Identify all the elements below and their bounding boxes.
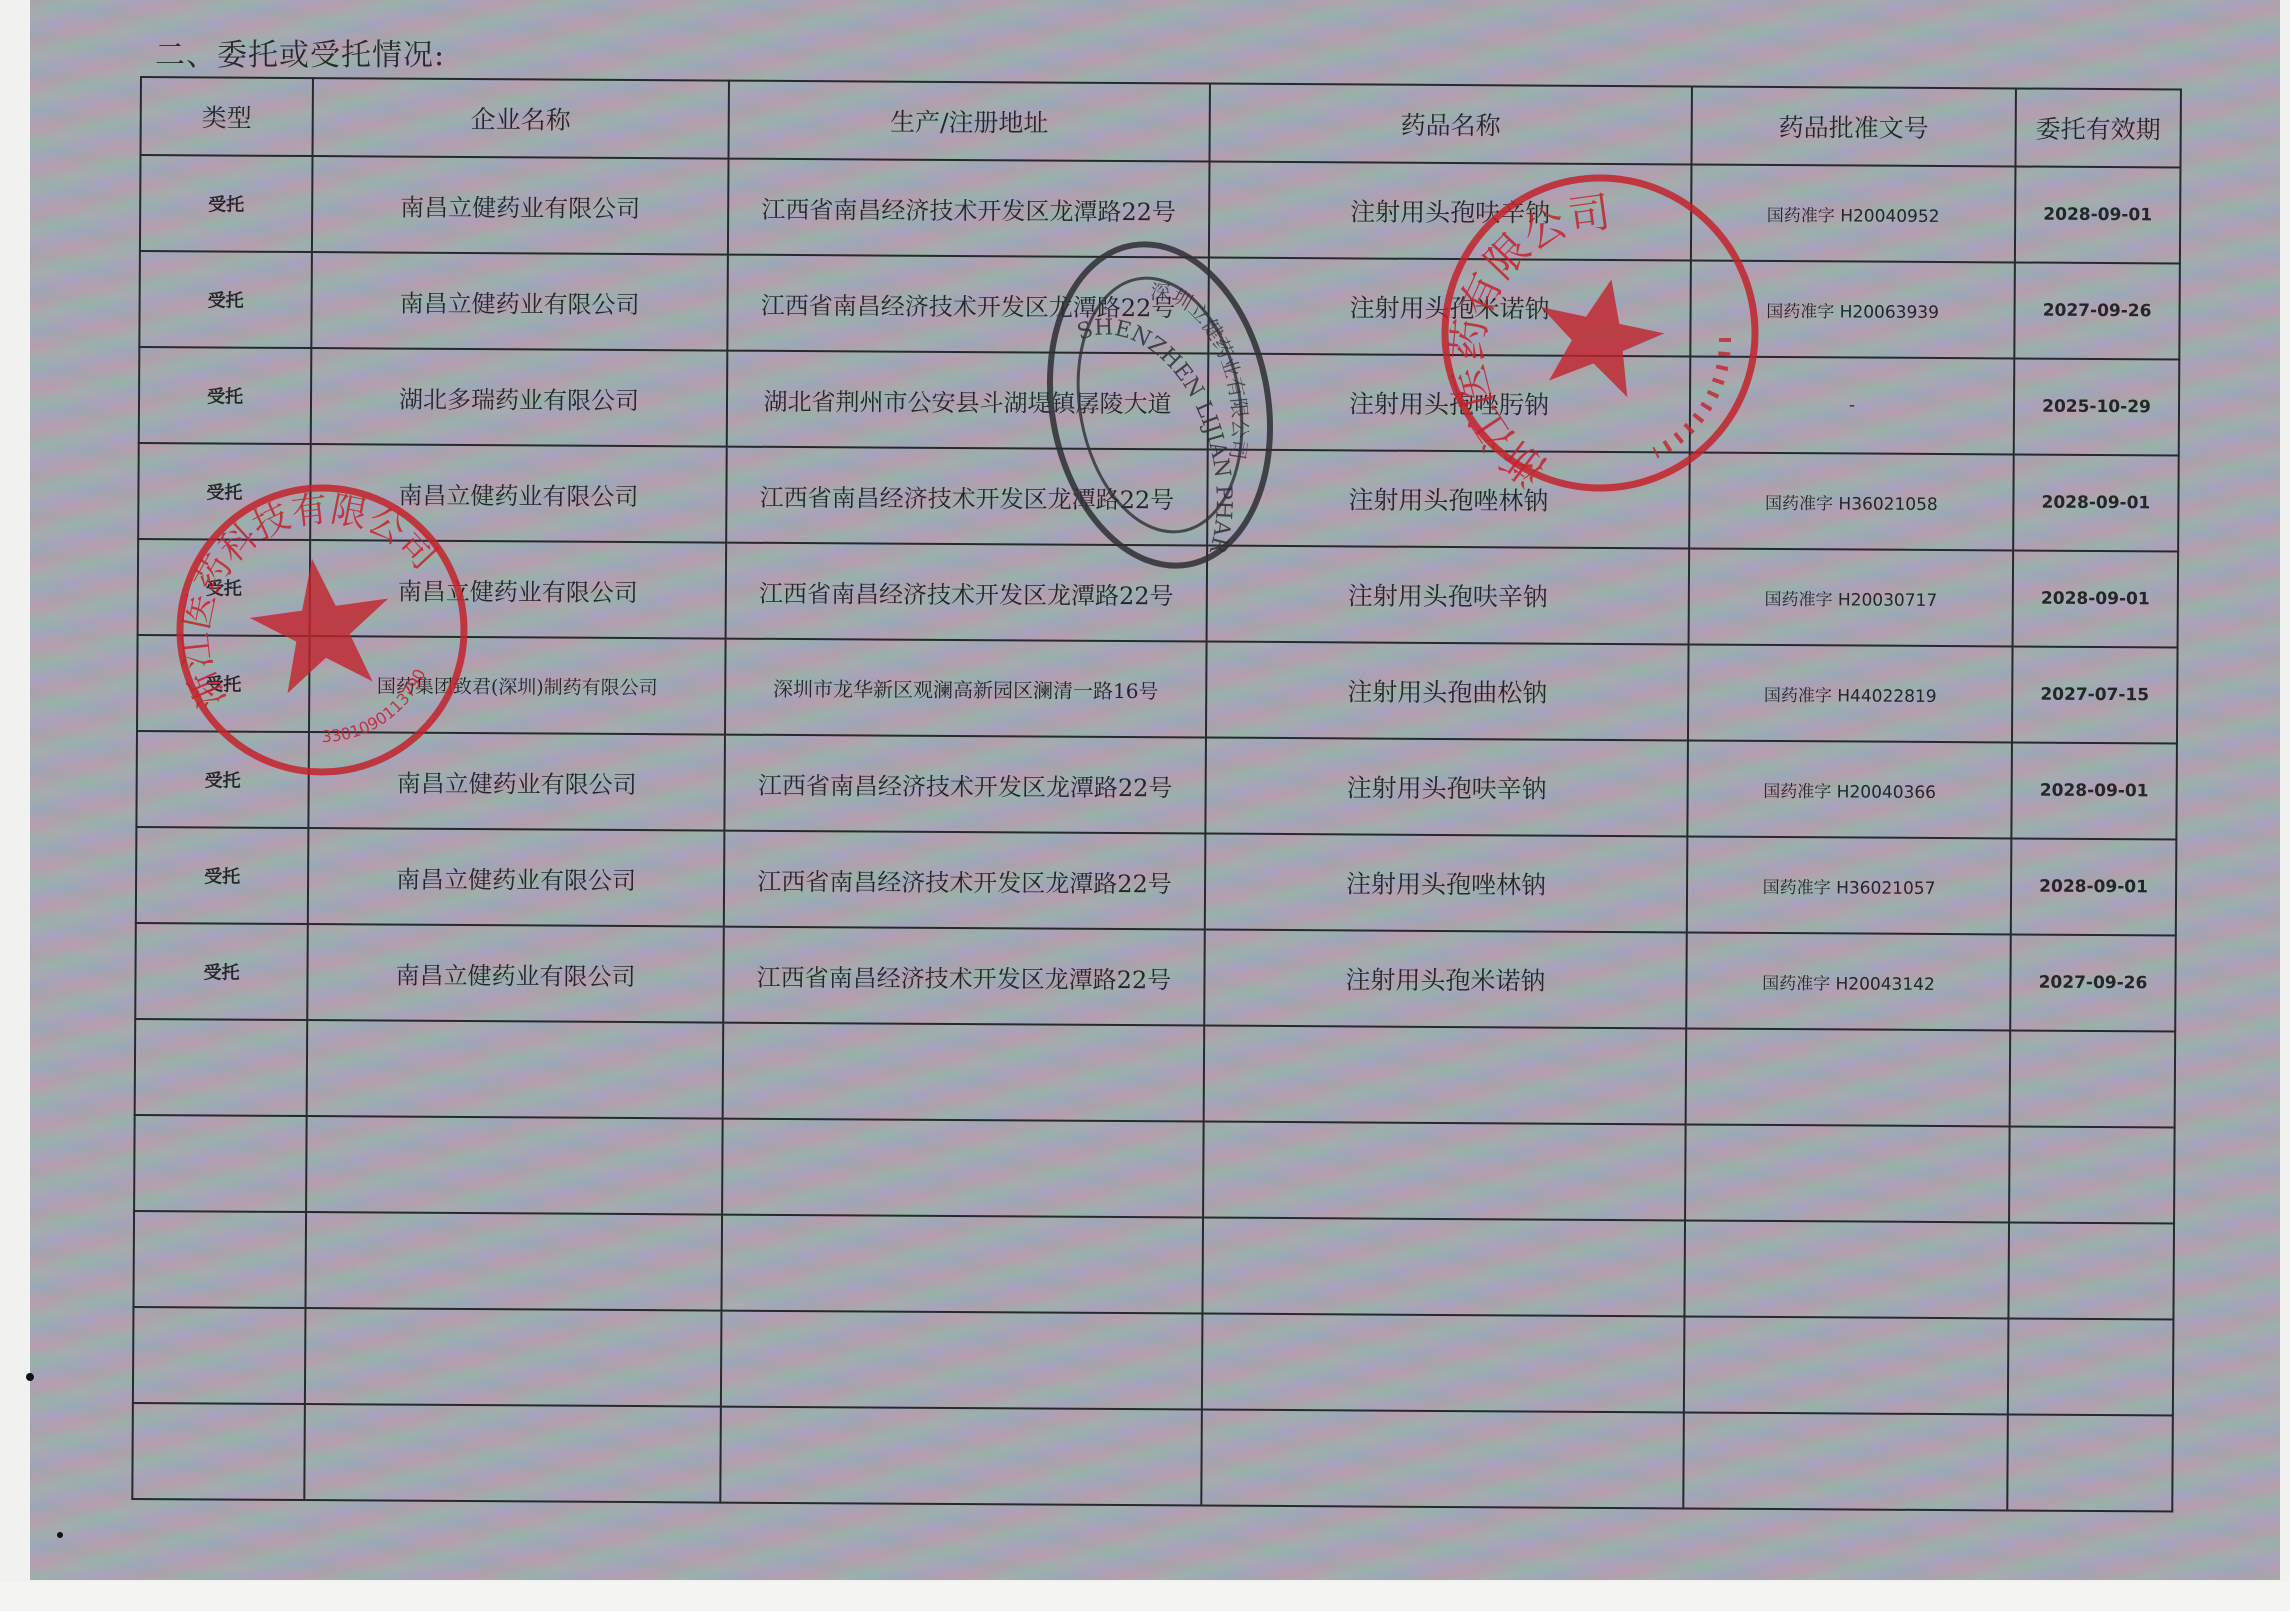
cell-company: 南昌立健药业有限公司	[308, 732, 725, 831]
cell-address: 江西省南昌经济技术开发区龙潭路22号	[726, 543, 1208, 642]
cell-type: 受托	[137, 635, 310, 732]
cell-empty	[1684, 1220, 2009, 1318]
cell-approval: 国药准字 H44022819	[1688, 644, 2013, 742]
cell-address: 江西省南昌经济技术开发区龙潭路22号	[727, 255, 1209, 354]
cell-empty	[1684, 1316, 2009, 1414]
table-row-empty	[133, 1307, 2174, 1415]
cell-type: 受托	[135, 923, 308, 1020]
cell-empty	[305, 1212, 722, 1311]
table-row: 受托南昌立健药业有限公司江西省南昌经济技术开发区龙潭路22号注射用头孢呋辛钠国药…	[140, 155, 2181, 263]
table-row: 受托南昌立健药业有限公司江西省南昌经济技术开发区龙潭路22号注射用头孢呋辛钠国药…	[138, 539, 2179, 647]
cell-expiry: 2027-09-26	[2014, 262, 2180, 359]
cell-empty	[720, 1407, 1202, 1506]
cell-address: 江西省南昌经济技术开发区龙潭路22号	[728, 159, 1210, 258]
cell-approval: 国药准字 H36021058	[1689, 452, 2014, 550]
cell-company: 南昌立健药业有限公司	[308, 828, 725, 927]
cell-empty	[1685, 1124, 2010, 1222]
punch-hole-mark	[26, 1373, 34, 1381]
cell-address: 湖北省荆州市公安县斗湖堤镇孱陵大道	[727, 351, 1209, 450]
scanner-margin	[0, 1582, 2290, 1611]
cell-empty	[134, 1115, 307, 1212]
punch-hole-mark	[57, 1532, 63, 1538]
cell-type: 受托	[139, 347, 312, 444]
cell-empty	[721, 1311, 1203, 1410]
cell-company: 南昌立健药业有限公司	[310, 540, 727, 639]
cell-type: 受托	[139, 251, 312, 348]
cell-company: 国药集团致君(深圳)制药有限公司	[309, 636, 726, 735]
cell-expiry: 2028-09-01	[2013, 454, 2179, 551]
cell-drug: 注射用头孢米诺钠	[1208, 258, 1691, 357]
cell-drug: 注射用头孢呋辛钠	[1207, 546, 1690, 645]
header-type: 类型	[141, 77, 313, 156]
table-row-empty	[132, 1403, 2173, 1511]
cell-drug: 注射用头孢唑林钠	[1205, 834, 1688, 933]
cell-empty	[305, 1308, 722, 1407]
cell-empty	[723, 1023, 1205, 1122]
cell-empty	[2009, 1126, 2175, 1223]
cell-address: 江西省南昌经济技术开发区龙潭路22号	[724, 831, 1206, 930]
cell-drug: 注射用头孢唑林钠	[1207, 450, 1690, 549]
cell-approval: -	[1690, 356, 2015, 454]
cell-drug: 注射用头孢米诺钠	[1204, 930, 1687, 1029]
cell-empty	[1204, 1026, 1687, 1125]
cell-empty	[1201, 1410, 1684, 1509]
cell-approval: 国药准字 H20030717	[1689, 548, 2014, 646]
header-address: 生产/注册地址	[729, 81, 1210, 162]
cell-empty	[304, 1404, 721, 1503]
cell-empty	[1203, 1122, 1686, 1221]
table-row: 受托南昌立健药业有限公司江西省南昌经济技术开发区龙潭路22号注射用头孢米诺钠国药…	[135, 923, 2176, 1031]
cell-type: 受托	[136, 731, 309, 828]
cell-empty	[307, 1020, 724, 1119]
cell-empty	[133, 1307, 306, 1404]
cell-approval: 国药准字 H20040952	[1691, 164, 2016, 262]
header-company: 企业名称	[313, 78, 729, 159]
cell-company: 南昌立健药业有限公司	[307, 924, 724, 1023]
header-approval: 药品批准文号	[1691, 86, 2015, 166]
cell-approval: 国药准字 H20040366	[1687, 740, 2012, 838]
table-row: 受托南昌立健药业有限公司江西省南昌经济技术开发区龙潭路22号注射用头孢米诺钠国药…	[139, 251, 2180, 359]
cell-empty	[721, 1215, 1203, 1314]
table-row: 受托湖北多瑞药业有限公司湖北省荆州市公安县斗湖堤镇孱陵大道注射用头孢唑肟钠-20…	[139, 347, 2180, 455]
cell-empty	[1683, 1412, 2008, 1510]
cell-drug: 注射用头孢呋辛钠	[1209, 162, 1692, 261]
cell-empty	[135, 1019, 308, 1116]
cell-expiry: 2028-09-01	[2011, 838, 2177, 935]
cell-type: 受托	[138, 443, 311, 540]
cell-company: 南昌立健药业有限公司	[310, 444, 727, 543]
table-header-row: 类型 企业名称 生产/注册地址 药品名称 药品批准文号 委托有效期	[141, 77, 2181, 167]
cell-approval: 国药准字 H20043142	[1686, 932, 2011, 1030]
cell-address: 江西省南昌经济技术开发区龙潭路22号	[724, 735, 1206, 834]
cell-expiry: 2028-09-01	[2013, 550, 2179, 647]
cell-drug: 注射用头孢唑肟钠	[1208, 354, 1691, 453]
cell-approval: 国药准字 H20063939	[1690, 260, 2015, 358]
cell-empty	[306, 1116, 723, 1215]
cell-type: 受托	[136, 827, 309, 924]
cell-empty	[722, 1119, 1204, 1218]
cell-address: 江西省南昌经济技术开发区龙潭路22号	[723, 927, 1205, 1026]
header-expiry: 委托有效期	[2015, 88, 2180, 167]
cell-company: 南昌立健药业有限公司	[312, 156, 729, 255]
table-row: 受托南昌立健药业有限公司江西省南昌经济技术开发区龙潭路22号注射用头孢唑林钠国药…	[136, 827, 2177, 935]
header-drug: 药品名称	[1209, 84, 1691, 165]
cell-expiry: 2027-07-15	[2012, 646, 2178, 743]
table-row-empty	[133, 1211, 2174, 1319]
cell-address: 江西省南昌经济技术开发区龙潭路22号	[726, 447, 1208, 546]
cell-company: 湖北多瑞药业有限公司	[311, 348, 728, 447]
cell-expiry: 2028-09-01	[2011, 742, 2177, 839]
cell-empty	[1686, 1028, 2011, 1126]
cell-address: 深圳市龙华新区观澜高新园区澜清一路16号	[725, 639, 1207, 738]
cell-empty	[2007, 1414, 2173, 1511]
cell-approval: 国药准字 H36021057	[1687, 836, 2012, 934]
cell-empty	[133, 1211, 306, 1308]
table-row-empty	[134, 1115, 2175, 1223]
cell-expiry: 2028-09-01	[2015, 166, 2181, 263]
cell-drug: 注射用头孢呋辛钠	[1205, 738, 1688, 837]
table-row: 受托国药集团致君(深圳)制药有限公司深圳市龙华新区观澜高新园区澜清一路16号注射…	[137, 635, 2178, 743]
section-title: 二、委托或受托情况:	[155, 30, 445, 74]
cell-empty	[2010, 1030, 2176, 1127]
cell-empty	[1202, 1314, 1685, 1413]
cell-type: 受托	[138, 539, 311, 636]
cell-empty	[2008, 1318, 2174, 1415]
cell-type: 受托	[140, 155, 313, 252]
cell-company: 南昌立健药业有限公司	[311, 252, 728, 351]
cell-empty	[2008, 1222, 2174, 1319]
cell-expiry: 2025-10-29	[2014, 358, 2180, 455]
table-row-empty	[135, 1019, 2176, 1127]
cell-empty	[1202, 1218, 1685, 1317]
cell-expiry: 2027-09-26	[2010, 934, 2176, 1031]
table-row: 受托南昌立健药业有限公司江西省南昌经济技术开发区龙潭路22号注射用头孢唑林钠国药…	[138, 443, 2179, 551]
cell-drug: 注射用头孢曲松钠	[1206, 642, 1689, 741]
entrustment-table: 类型 企业名称 生产/注册地址 药品名称 药品批准文号 委托有效期 受托南昌立健…	[131, 76, 2182, 1512]
cell-empty	[132, 1403, 305, 1500]
table-row: 受托南昌立健药业有限公司江西省南昌经济技术开发区龙潭路22号注射用头孢呋辛钠国药…	[136, 731, 2177, 839]
